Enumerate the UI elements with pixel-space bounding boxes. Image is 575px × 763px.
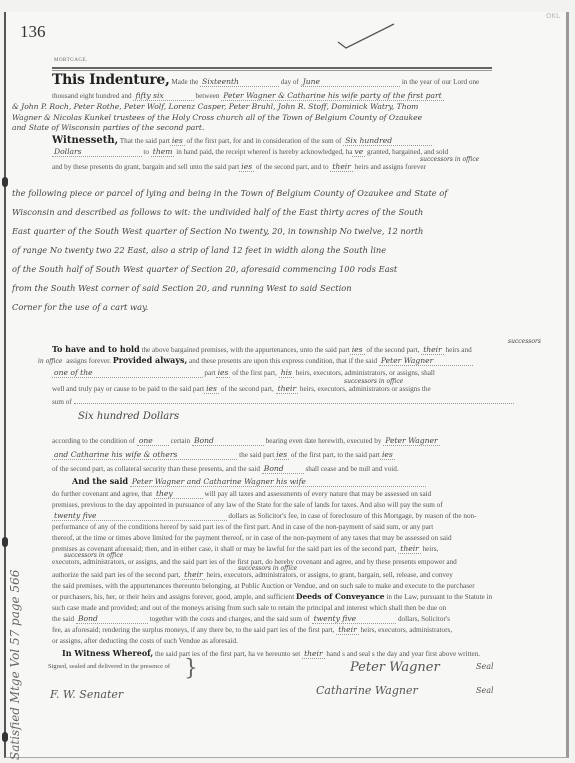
header-rule bbox=[52, 67, 492, 71]
covenant-line-12: such case made and provided; and out of … bbox=[52, 603, 575, 613]
covenant-line-5: performance of any of the conditions her… bbox=[52, 522, 575, 532]
month-field: June bbox=[301, 77, 400, 87]
habendum-heading: To have and to hold bbox=[52, 344, 140, 354]
signed-label: Signed, sealed and delivered in the pres… bbox=[48, 662, 575, 672]
witnesseth-heading: Witnesseth, bbox=[52, 135, 118, 146]
indenture-line-4: Wagner & Nicolas Kunkel trustees of the … bbox=[10, 113, 566, 123]
habendum-line-2: in office assigns forever. Provided alwa… bbox=[36, 355, 575, 367]
testimonium-line: In Witness Whereof, the said part ies of… bbox=[62, 648, 575, 659]
covenant-line-3: premises, previous to the day appointed … bbox=[52, 500, 575, 510]
corner-mark: OKL bbox=[546, 12, 560, 20]
habendum-line-5: sum of bbox=[52, 397, 575, 407]
checkmark-icon bbox=[336, 22, 396, 52]
habendum-line-1: To have and to hold the above bargained … bbox=[52, 344, 575, 355]
property-description: the following piece or parcel of lying a… bbox=[10, 184, 566, 317]
indenture-line-1: This Indenture, Made the Sixteenth day o… bbox=[52, 72, 575, 90]
binding-hole bbox=[2, 177, 8, 187]
deed-page: OKL 136 MORTGAGE. This Indenture, Made t… bbox=[4, 12, 569, 758]
witness-signature: F. W. Senater bbox=[50, 688, 123, 701]
covenant-line-6: thereof, at the time or times above limi… bbox=[52, 533, 575, 543]
covenant-line-15: or assigns, after deducting the costs of… bbox=[52, 636, 575, 646]
seal-2: Seal bbox=[476, 686, 494, 695]
form-label: MORTGAGE. bbox=[54, 58, 88, 63]
seal-1: Seal bbox=[476, 662, 494, 671]
covenant-line-2: do further covenant and agree, that they… bbox=[52, 489, 575, 499]
indenture-line-3: & John P. Roch, Peter Rothe, Peter Wolf,… bbox=[10, 102, 566, 112]
signature-catharine-wagner: Catharine Wagner bbox=[316, 684, 418, 697]
indenture-line-5: and State of Wisconsin parties of the se… bbox=[10, 123, 566, 133]
condition-line-1: according to the condition of one certai… bbox=[52, 436, 575, 446]
day-field: Sixteenth bbox=[200, 77, 279, 87]
covenant-line-1: And the said Peter Wagner and Catharine … bbox=[72, 476, 575, 487]
consideration-field: Six hundred bbox=[343, 136, 432, 146]
brace: } bbox=[184, 656, 198, 681]
indenture-heading: This Indenture, bbox=[52, 72, 170, 88]
covenant-line-4: twenty five dollars as Solicitor's fee, … bbox=[52, 511, 575, 521]
page-number: 136 bbox=[20, 22, 46, 42]
covenant-heading: And the said bbox=[72, 476, 128, 486]
first-party-field: Peter Wagner & Catharine his wife party … bbox=[221, 91, 443, 101]
covenant-line-10: the said premises, with the appurtenance… bbox=[52, 581, 575, 591]
testimonium-heading: In Witness Whereof, bbox=[62, 648, 153, 658]
witnesseth-line-3: and by these presents do grant, bargain … bbox=[52, 162, 575, 172]
covenant-line-14: fee, as aforesaid; rendering the surplus… bbox=[52, 625, 575, 635]
provided-heading: Provided always, bbox=[113, 355, 188, 365]
signature-peter-wagner: Peter Wagner bbox=[350, 660, 440, 675]
witnesseth-line-1: Witnesseth, That the said parties of the… bbox=[52, 134, 575, 148]
covenant-line-11: or purchasers, his, her, or their heirs … bbox=[52, 592, 575, 602]
satisfied-mortgage-note: Satisfied Mtge Vol 57 page 566 bbox=[8, 570, 22, 760]
binding-hole bbox=[2, 537, 8, 547]
year-field: fifty six bbox=[133, 91, 193, 101]
covenant-line-13: the said Bond together with the costs an… bbox=[52, 614, 575, 624]
indenture-line-2: thousand eight hundred and fifty six bet… bbox=[52, 91, 575, 101]
condition-line-3: of the second part, as collateral securi… bbox=[52, 464, 575, 474]
covenant-line-9: authorize the said part ies of the secon… bbox=[52, 570, 575, 580]
habendum-line-4: well and truly pay or cause to be paid t… bbox=[52, 384, 575, 394]
mortgage-sum: Six hundred Dollars bbox=[76, 410, 575, 424]
condition-line-2: and Catharine his wife & others the said… bbox=[52, 450, 575, 460]
